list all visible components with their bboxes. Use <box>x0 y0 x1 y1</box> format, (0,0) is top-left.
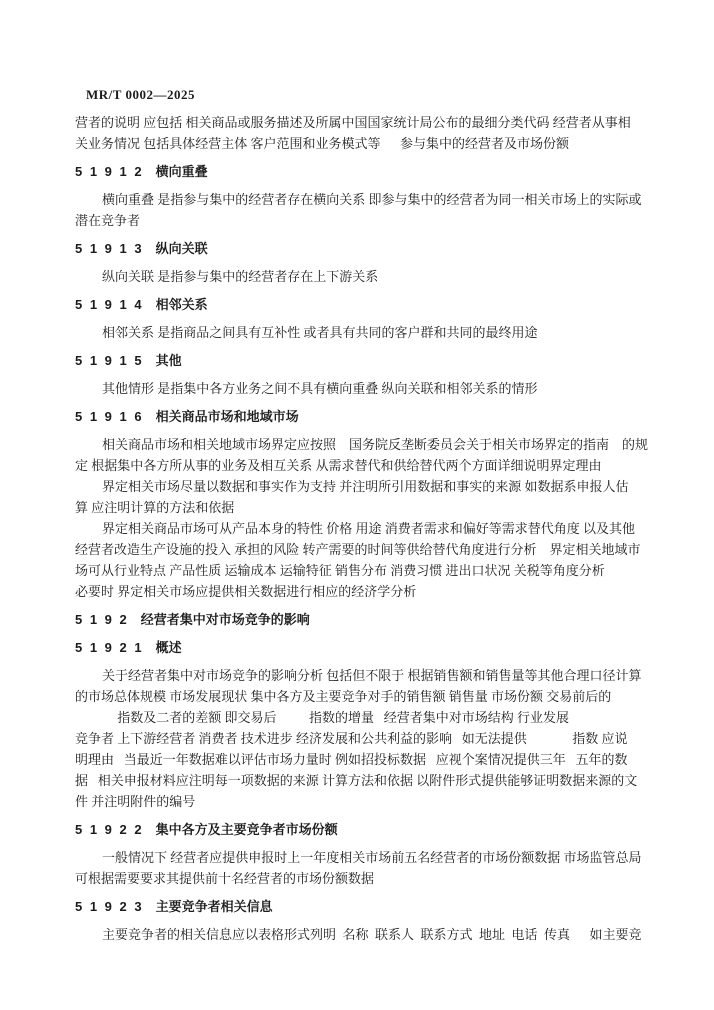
paragraph: 界定相关商品市场可从产品本身的特性 价格 用途 消费者需求和偏好等需求替代角度 … <box>75 518 656 602</box>
section-heading: 5 1 9 1 4相邻关系 <box>75 294 656 315</box>
paragraph: 关于经营者集中对市场竞争的影响分析 包括但不限于 根据销售额和销售量等其他合理口… <box>75 665 656 812</box>
paragraph-line: 件 并注明附件的编号 <box>75 791 656 812</box>
paragraph: 横向重叠 是指参与集中的经营者存在横向关系 即参与集中的经营者为同一相关市场上的… <box>75 189 656 231</box>
paragraph: 一般情况下 经营者应提供申报时上一年度相关市场前五名经营者的市场份额数据 市场监… <box>75 847 656 889</box>
paragraph-line: 关于经营者集中对市场竞争的影响分析 包括但不限于 根据销售额和销售量等其他合理口… <box>75 665 656 686</box>
section-number: 5 1 9 2 <box>75 612 129 627</box>
document-body: 营者的说明 应包括 相关商品或服务描述及所属中国国家统计局公布的最细分类代码 经… <box>75 112 656 945</box>
section-heading: 5 1 9 2 3主要竞争者相关信息 <box>75 896 656 917</box>
section-title: 集中各方及主要竞争者市场份额 <box>156 822 338 837</box>
paragraph-line: 场可从行业特点 产品性质 运输成本 运输特征 销售分布 消费习惯 进出口状况 关… <box>75 560 656 581</box>
section-number: 5 1 9 2 1 <box>75 640 144 655</box>
paragraph: 其他情形 是指集中各方业务之间不具有横向重叠 纵向关联和相邻关系的情形 <box>75 378 656 399</box>
paragraph-line: 主要竞争者的相关信息应以表格形式列明 名称 联系人 联系方式 地址 电话 传真 … <box>75 924 656 945</box>
section-title: 概述 <box>156 640 182 655</box>
paragraph: 主要竞争者的相关信息应以表格形式列明 名称 联系人 联系方式 地址 电话 传真 … <box>75 924 656 945</box>
section-number: 5 1 9 1 5 <box>75 353 144 368</box>
section-title: 主要竞争者相关信息 <box>156 899 273 914</box>
section-title: 相关商品市场和地域市场 <box>156 409 299 424</box>
paragraph-line: 算 应注明计算的方法和依据 <box>75 497 656 518</box>
section-number: 5 1 9 2 2 <box>75 822 144 837</box>
paragraph-line: 经营者改造生产设施的投入 承担的风险 转产需要的时间等供给替代角度进行分析 界定… <box>75 539 656 560</box>
paragraph: 营者的说明 应包括 相关商品或服务描述及所属中国国家统计局公布的最细分类代码 经… <box>75 112 656 154</box>
section-heading: 5 1 9 2 2集中各方及主要竞争者市场份额 <box>75 819 656 840</box>
document-page: MR/T 0002—2025 营者的说明 应包括 相关商品或服务描述及所属中国国… <box>0 0 714 1010</box>
paragraph-line: 营者的说明 应包括 相关商品或服务描述及所属中国国家统计局公布的最细分类代码 经… <box>75 112 656 133</box>
section-title: 其他 <box>156 353 182 368</box>
section-heading: 5 1 9 2经营者集中对市场竞争的影响 <box>75 609 656 630</box>
paragraph-line: 明理由 当最近一年数据难以评估市场力量时 例如招投标数据 应视个案情况提供三年 … <box>75 749 656 770</box>
paragraph-line: 可根据需要要求其提供前十名经营者的市场份额数据 <box>75 868 656 889</box>
paragraph-line: 其他情形 是指集中各方业务之间不具有横向重叠 纵向关联和相邻关系的情形 <box>75 378 656 399</box>
section-title: 经营者集中对市场竞争的影响 <box>141 612 310 627</box>
paragraph: 相邻关系 是指商品之间具有互补性 或者具有共同的客户群和共同的最终用途 <box>75 322 656 343</box>
paragraph-line: 一般情况下 经营者应提供申报时上一年度相关市场前五名经营者的市场份额数据 市场监… <box>75 847 656 868</box>
section-heading: 5 1 9 1 5其他 <box>75 350 656 371</box>
paragraph-line: 界定相关市场尽量以数据和事实作为支持 并注明所引用数据和事实的来源 如数据系申报… <box>75 476 656 497</box>
section-number: 5 1 9 2 3 <box>75 899 144 914</box>
section-number: 5 1 9 1 3 <box>75 241 144 256</box>
section-number: 5 1 9 1 2 <box>75 164 144 179</box>
section-heading: 5 1 9 2 1概述 <box>75 637 656 658</box>
paragraph-line: 竞争者 上下游经营者 消费者 技术进步 经济发展和公共利益的影响 如无法提供 指… <box>75 728 656 749</box>
paragraph-line: 必要时 界定相关市场应提供相关数据进行相应的经济学分析 <box>75 581 656 602</box>
standard-number-header: MR/T 0002—2025 <box>86 84 656 105</box>
paragraph-line: 相关商品市场和相关地域市场界定应按照 国务院反垄断委员会关于相关市场界定的指南 … <box>75 434 656 455</box>
section-heading: 5 1 9 1 2横向重叠 <box>75 161 656 182</box>
section-heading: 5 1 9 1 3纵向关联 <box>75 238 656 259</box>
paragraph: 纵向关联 是指参与集中的经营者存在上下游关系 <box>75 266 656 287</box>
paragraph-line: 潜在竞争者 <box>75 210 656 231</box>
section-number: 5 1 9 1 6 <box>75 409 144 424</box>
paragraph-line: 据 相关申报材料应注明每一项数据的来源 计算方法和依据 以附件形式提供能够证明数… <box>75 770 656 791</box>
paragraph-line: 界定相关商品市场可从产品本身的特性 价格 用途 消费者需求和偏好等需求替代角度 … <box>75 518 656 539</box>
paragraph: 界定相关市场尽量以数据和事实作为支持 并注明所引用数据和事实的来源 如数据系申报… <box>75 476 656 518</box>
paragraph-line: 关业务情况 包括具体经营主体 客户范围和业务模式等 参与集中的经营者及市场份额 <box>75 133 656 154</box>
paragraph-line: 的市场总体规模 市场发展现状 集中各方及主要竞争对手的销售额 销售量 市场份额 … <box>75 686 656 707</box>
section-title: 相邻关系 <box>156 297 208 312</box>
paragraph-line: 纵向关联 是指参与集中的经营者存在上下游关系 <box>75 266 656 287</box>
paragraph-line: 相邻关系 是指商品之间具有互补性 或者具有共同的客户群和共同的最终用途 <box>75 322 656 343</box>
section-number: 5 1 9 1 4 <box>75 297 144 312</box>
section-heading: 5 1 9 1 6相关商品市场和地域市场 <box>75 406 656 427</box>
paragraph-line: 横向重叠 是指参与集中的经营者存在横向关系 即参与集中的经营者为同一相关市场上的… <box>75 189 656 210</box>
paragraph-line: 指数及二者的差额 即交易后 指数的增量 经营者集中对市场结构 行业发展 <box>75 707 656 728</box>
section-title: 纵向关联 <box>156 241 208 256</box>
section-title: 横向重叠 <box>156 164 208 179</box>
paragraph: 相关商品市场和相关地域市场界定应按照 国务院反垄断委员会关于相关市场界定的指南 … <box>75 434 656 476</box>
paragraph-line: 定 根据集中各方所从事的业务及相互关系 从需求替代和供给替代两个方面详细说明界定… <box>75 455 656 476</box>
